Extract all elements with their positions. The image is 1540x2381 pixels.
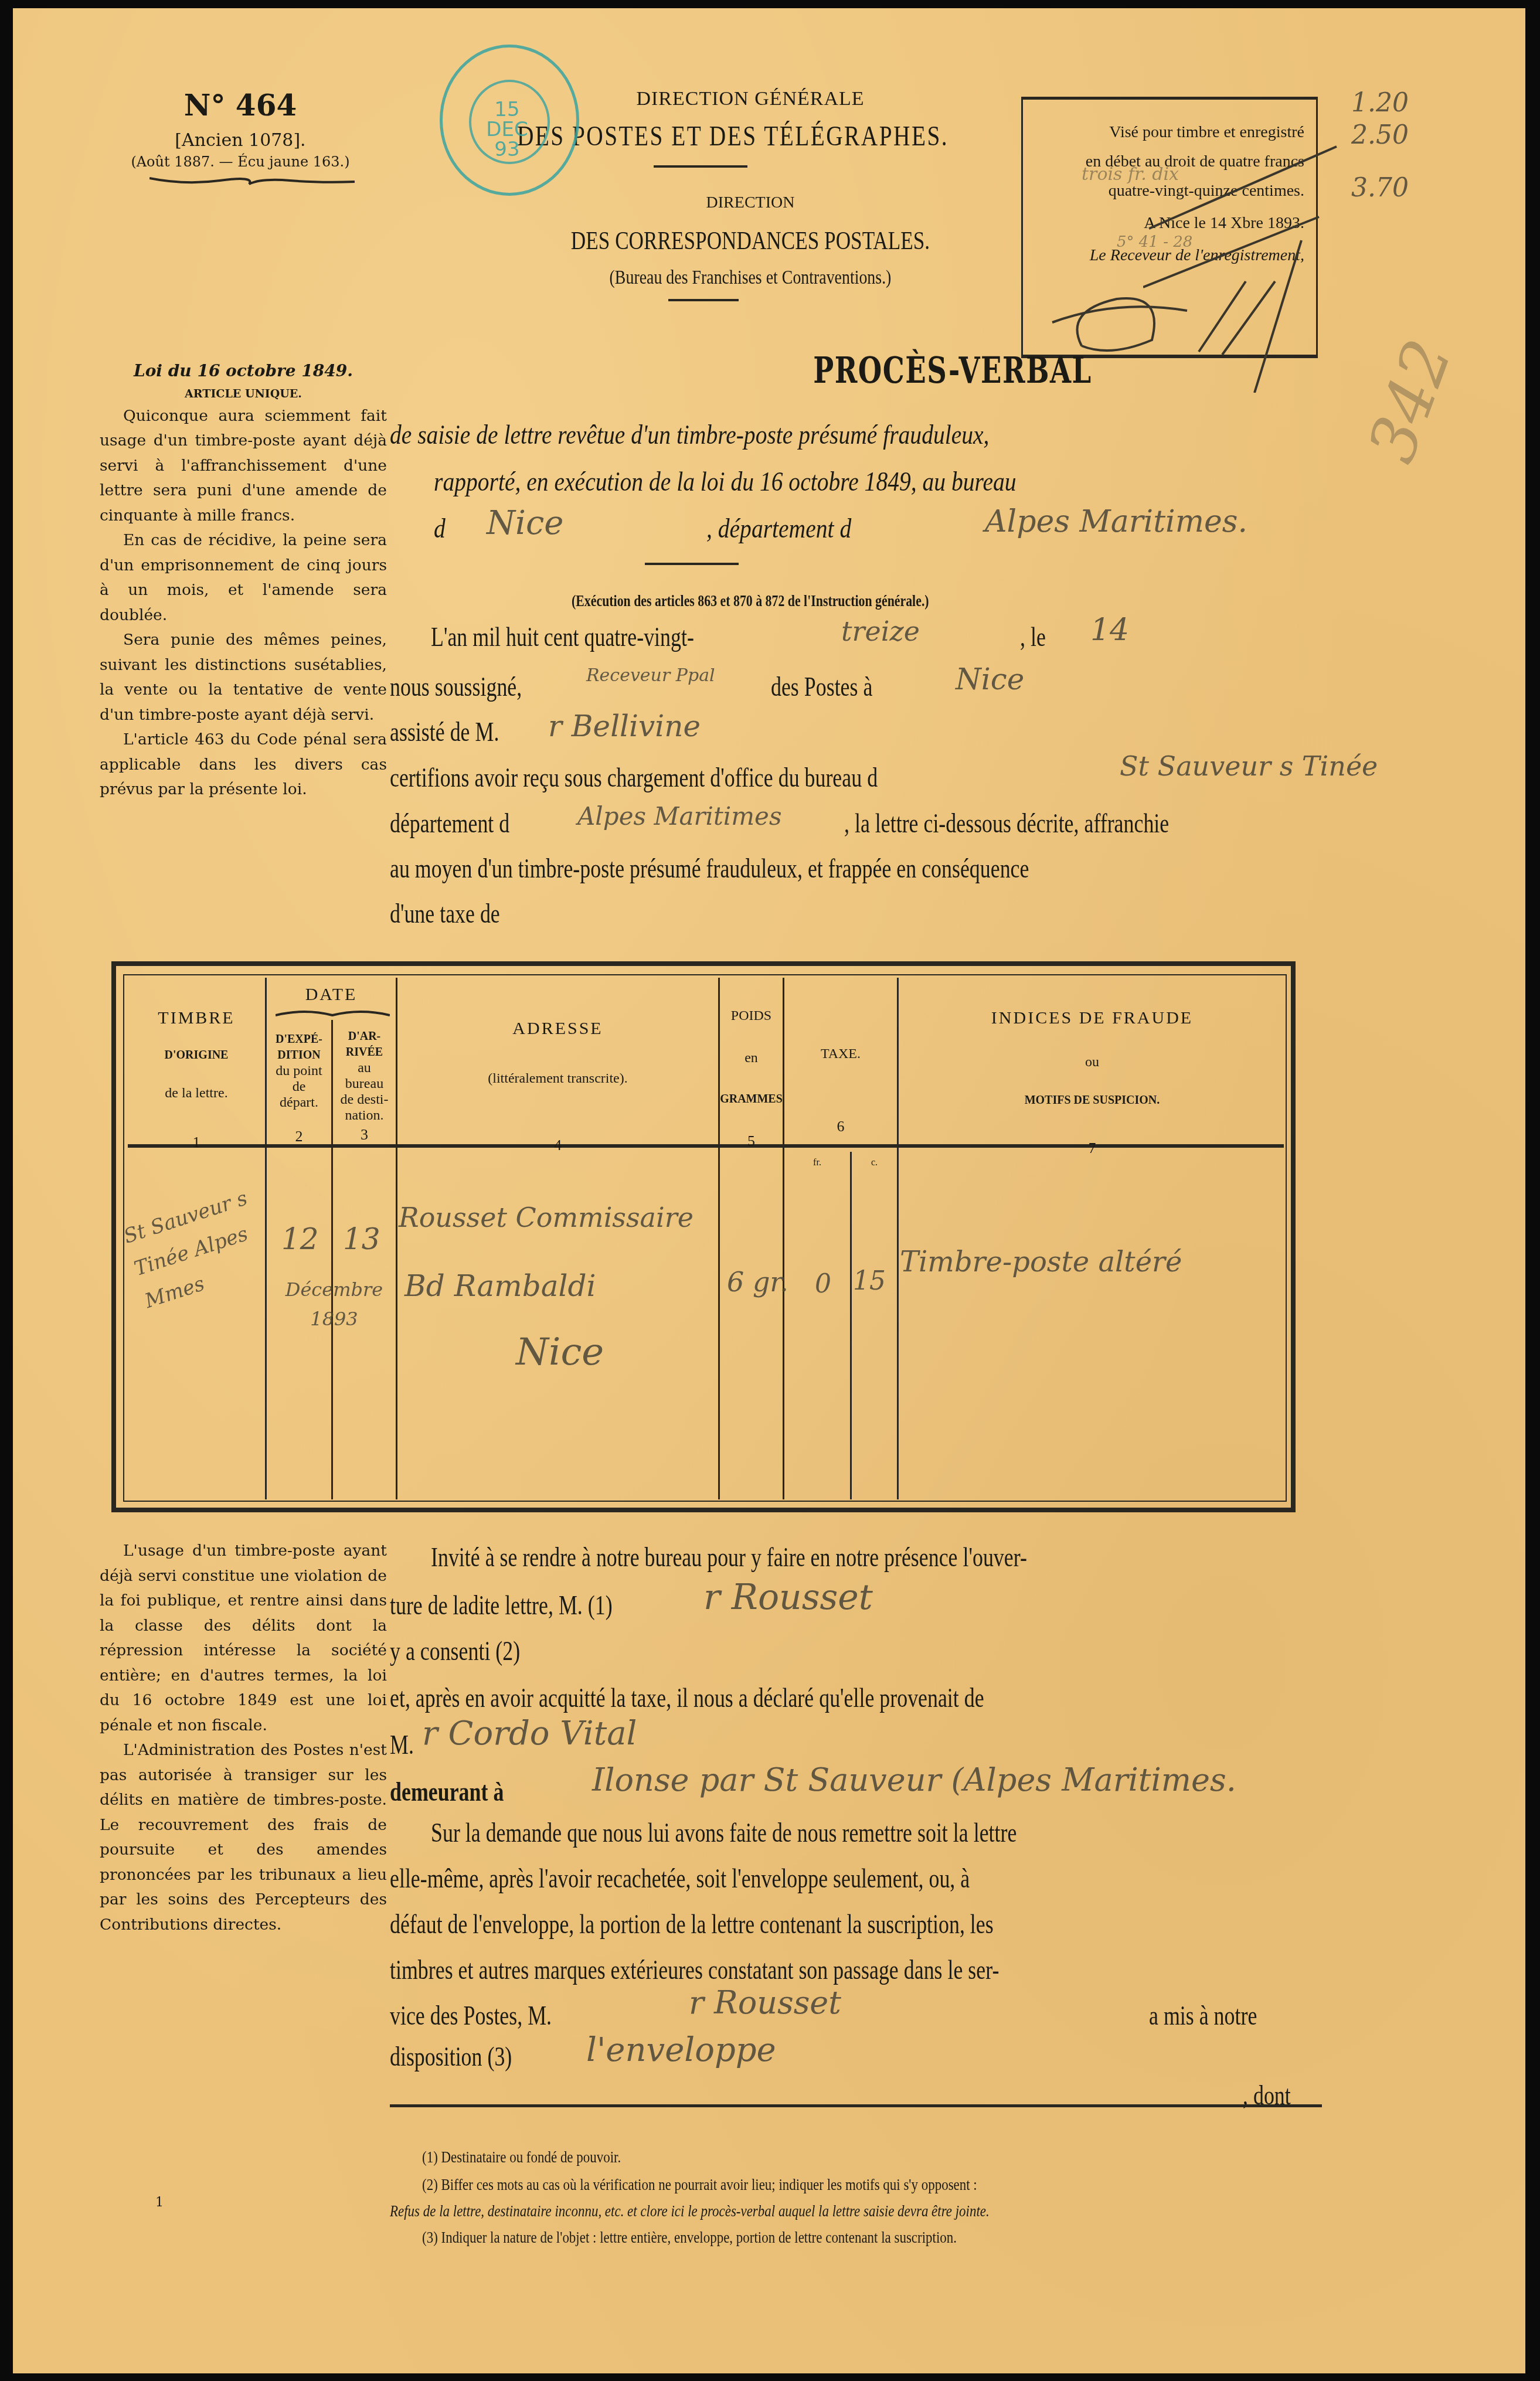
certifions-field[interactable]: St Sauveur s Tinée [1120,750,1378,782]
table-cell-adresse-line-1: Rousset Commissaire [399,1202,693,1233]
col-header-line: DITION [267,1047,331,1063]
col-header-date-title: DATE [267,985,396,1005]
form-edition: (Août 1887. — Écu jaune 163.) [0,154,481,170]
col-header-arrivee: D'AR- RIVÉE au bureau de desti- nation. … [333,1029,396,1142]
postmark-day: 15 [478,100,536,120]
postmark-date: 15 DEC 93 [478,100,536,159]
title-bureau-value: Nice [487,504,563,542]
title-rule [645,563,739,565]
sur-text: Sur la demande que nous lui avons faite … [431,1817,1017,1848]
table-cell-adresse-line-2: Bd Rambaldi [404,1269,596,1303]
soussigne-label: nous soussigné, [390,671,522,702]
col-header-num: 7 [899,1140,1286,1157]
disposition-label: disposition (3) [390,2041,512,2072]
law-paragraph: Quiconque aura sciemment fait usage d'un… [100,404,387,529]
execution-note: (Exécution des articles 863 et 870 à 872… [572,592,929,611]
col-header-poids-sub: en [720,1050,783,1066]
assiste-label: assisté de M. [390,716,499,747]
header-direction-generale: DIRECTION GÉNÉRALE [528,88,973,110]
footnote-3: (3) Indiquer la nature de l'objet : lett… [422,2229,957,2247]
table-cell-date-expedition: 12 [281,1222,319,1256]
demeurant-label: demeurant à [390,1776,504,1807]
col-header-line: départ. [267,1095,331,1111]
table-cell-taxe-fr: 0 [815,1269,831,1299]
postes-field[interactable]: Nice [956,662,1024,696]
col-header-indices-sub2: MOTIFS DE SUSPICION. [899,1094,1286,1107]
col-header-taxe-c: c. [852,1158,897,1168]
table-cell-taxe-c: 15 [853,1266,886,1296]
soussigne-field[interactable]: Receveur Ppal [586,665,715,686]
postes-label: des Postes à [771,671,872,702]
col-header-num: 3 [333,1127,396,1142]
col-header-poids-title: POIDS [720,1008,783,1024]
col-header-line: D'AR- [333,1029,396,1045]
col-header-timbre-sub: D'ORIGINE [128,1049,265,1062]
mis-text: a mis à notre [1149,2000,1257,2031]
year-label: L'an mil huit cent quatre-vingt- [431,621,694,652]
footnote-2: (2) Biffer ces mots au cas où la vérific… [422,2176,977,2195]
header-rule [654,165,747,168]
col-divider [850,1152,852,1499]
disposition-field[interactable]: l'enveloppe [586,2031,776,2069]
title-line-1: de saisie de lettre revêtue d'un timbre-… [390,419,1247,450]
header-correspondances: DES CORRESPONDANCES POSTALES. [516,226,985,256]
certifions-label: certifions avoir reçu sous chargement d'… [390,762,878,793]
col-header-num: 2 [267,1128,331,1144]
table-cell-poids: 6 gr. [727,1266,788,1298]
provenance-label: M. [390,1729,414,1760]
demeurant-field[interactable]: Ilonse par St Sauveur (Alpes Maritimes. [592,1761,1236,1798]
col-header-poids-sub2: GRAMMES [720,1093,783,1106]
col-header-timbre-title: TIMBRE [128,1008,265,1028]
consenti-text: y a consenti (2) [390,1635,520,1666]
flourish-ornament [149,176,355,188]
defaut-text: défaut de l'enveloppe, la portion de la … [390,1909,994,1940]
elle-text: elle-même, après l'avoir recachetée, soi… [390,1863,970,1894]
header-bureau: (Bureau des Franchises et Contraventions… [510,267,991,289]
law-paragraph: L'article 463 du Code pénal sera applica… [100,727,387,802]
col-header-num: 4 [397,1137,718,1154]
moyen-text: au moyen d'un timbre-poste présumé fraud… [390,853,1029,884]
law-title: Loi du 16 octobre 1849. [100,359,387,384]
table-cell-date-month-year: Décembre 1893 [276,1275,393,1334]
col-header-line: de [267,1079,331,1095]
provenance-field[interactable]: r Cordo Vital [422,1715,637,1753]
ouverture-label: ture de ladite lettre, M. (1) [390,1590,613,1621]
form-number: N° 464 [0,88,481,123]
col-header-poids: POIDS en GRAMMES 5 [720,1008,783,1150]
year-field[interactable]: treize [841,615,920,647]
page-title: PROCÈS-VERBAL [524,349,1382,392]
note-paragraph: L'usage d'un timbre-poste ayant déjà ser… [100,1539,387,1738]
margin-sum-1: 1.20 [1351,88,1409,118]
col-header-line: RIVÉE [333,1045,396,1060]
col-header-num: 1 [128,1134,265,1151]
col-header-line: nation. [333,1108,396,1124]
vice-label: vice des Postes, M. [390,2000,552,2031]
col-header-line: au [333,1060,396,1076]
law-sidebar: Loi du 16 octobre 1849. ARTICLE UNIQUE. … [100,359,387,802]
footnote-rule [390,2104,1322,2107]
col-header-line: D'EXPÉ- [267,1032,331,1047]
table-cell-date-arrivee: 13 [343,1222,380,1256]
law-paragraph: Sera punie des mêmes peines, suivant les… [100,628,387,727]
note-sidebar: L'usage d'un timbre-poste ayant déjà ser… [100,1539,387,1937]
col-header-date: DATE [267,985,396,1005]
col-header-line: du point [267,1063,331,1079]
law-paragraph: En cas de récidive, la peine sera d'un e… [100,528,387,628]
col-header-num: 5 [720,1132,783,1150]
col-header-taxe: TAXE. 6 [784,1046,897,1135]
title-line-2: rapporté, en exécution de la loi du 16 o… [434,466,1291,497]
timbres-text: timbres et autres marques extérieures co… [390,1954,999,1985]
col-header-expedition: D'EXPÉ- DITION du point de départ. 2 [267,1032,331,1144]
law-subtitle: ARTICLE UNIQUE. [100,384,387,404]
assiste-field[interactable]: r Bellivine [548,709,701,743]
page-mark: 1 [155,2195,164,2210]
title-dept-value: Alpes Maritimes. [985,504,1247,539]
date-brace-ornament [276,1008,390,1020]
ouverture-field[interactable]: r Rousset [703,1577,873,1618]
departement-field[interactable]: Alpes Maritimes [577,802,782,831]
departement-label: département d [390,808,509,839]
apres-text: et, après en avoir acquitté la taxe, il … [390,1682,984,1713]
col-header-indices-title: INDICES DE FRAUDE [899,1008,1286,1028]
footnote-2-cont: Refus de la lettre, destinataire inconnu… [390,2202,990,2221]
col-header-indices-sub: ou [899,1055,1286,1070]
col-header-timbre-sub2: de la lettre. [128,1086,265,1101]
day-field[interactable]: 14 [1090,613,1129,648]
col-header-taxe-fr: fr. [784,1158,850,1168]
col-header-timbre: TIMBRE D'ORIGINE de la lettre. 1 [128,1008,265,1151]
col-header-taxe-title: TAXE. [784,1046,897,1062]
col-header-line: bureau [333,1076,396,1092]
taxe-text: d'une taxe de [390,898,500,929]
footnote-1: (1) Destinataire ou fondé de pouvoir. [422,2148,621,2167]
col-header-adresse: ADRESSE (littéralement transcrite). 4 [397,1019,718,1154]
col-header-num: 6 [784,1118,897,1135]
form-ancien: [Ancien 1078]. [0,130,481,151]
col-header-line: de desti- [333,1092,396,1108]
invite-text: Invité à se rendre à notre bureau pour y… [431,1542,1027,1573]
header-direction: DIRECTION [528,193,973,212]
postmark-year: 93 [478,140,536,159]
col-header-adresse-title: ADRESSE [397,1019,718,1039]
vice-field[interactable]: r Rousset [689,1984,841,2021]
table-cell-indices: Timbre-poste altéré [900,1246,1182,1278]
note-paragraph: L'Administration des Postes n'est pas au… [100,1738,387,1937]
header-rule-2 [668,299,739,301]
col-header-indices: INDICES DE FRAUDE ou MOTIFS DE SUSPICION… [899,1008,1286,1157]
table-cell-adresse-line-3: Nice [516,1331,604,1374]
day-label: , le [1020,621,1046,652]
lettre-text: , la lettre ci-dessous décrite, affranch… [844,808,1169,839]
col-header-adresse-sub: (littéralement transcrite). [397,1071,718,1087]
postmark-month: DEC [478,120,536,140]
